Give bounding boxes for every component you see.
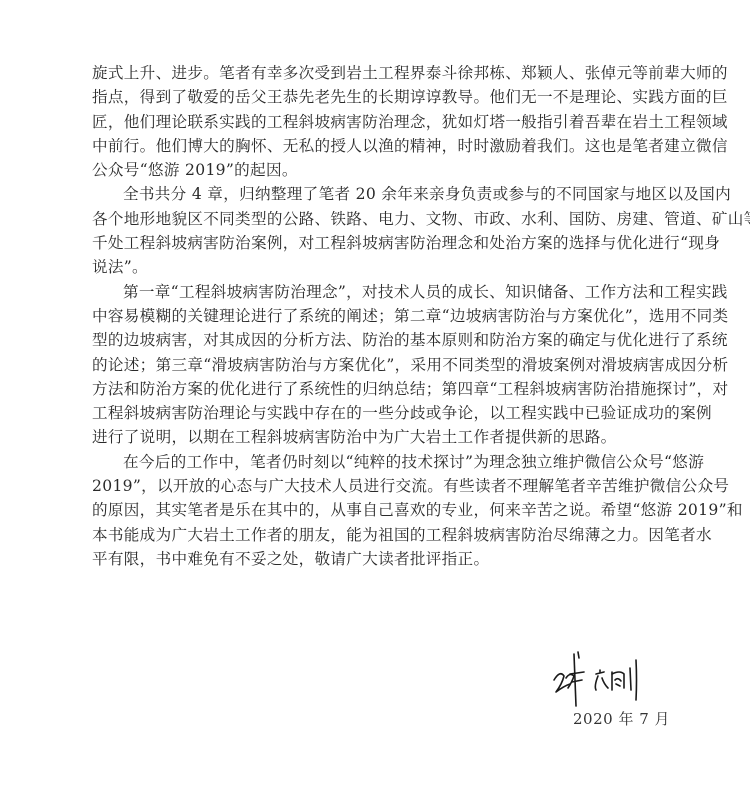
text-line: 工程斜坡病害防治理论与实践中存在的一些分歧或争论，以工程实践中已验证成功的案例: [92, 401, 670, 425]
paragraph: 在今后的工作中，笔者仍时刻以“纯粹的技术探讨”为理念独立维护微信公众号“悠游 2…: [92, 450, 670, 571]
text-line: 指点，得到了敬爱的岳父王恭先老先生的长期谆谆教导。他们无一不是理论、实践方面的巨: [92, 85, 670, 109]
text-line: 本书能成为广大岩土工作者的朋友，能为祖国的工程斜坡病害防治尽绵薄之力。因笔者水: [92, 523, 670, 547]
text-line: 中容易模糊的关键理论进行了系统的阐述；第二章“边坡病害防治与方案优化”，选用不同…: [92, 304, 670, 328]
text-line: 旋式上升、进步。笔者有幸多次受到岩土工程界泰斗徐邦栋、郑颖人、张倬元等前辈大师的: [92, 61, 670, 85]
text-line: 说法”。: [92, 255, 670, 279]
signature-icon: [552, 650, 672, 710]
text-line: 进行了说明，以期在工程斜坡病害防治中为广大岩土工作者提供新的思路。: [92, 425, 670, 449]
text-line: 的原因，其实笔者是乐在其中的，从事自己喜欢的专业，何来辛苦之说。希望“悠游 20…: [92, 498, 670, 522]
date-line: 2020 年 7 月: [573, 708, 670, 729]
text-line: 型的边坡病害，对其成因的分析方法、防治的基本原则和防治方案的确定与优化进行了系统: [92, 328, 670, 352]
text-line: 公众号“悠游 2019”的起因。: [92, 158, 670, 182]
paragraph: 旋式上升、进步。笔者有幸多次受到岩土工程界泰斗徐邦栋、郑颖人、张倬元等前辈大师的…: [92, 61, 670, 182]
text-line: 在今后的工作中，笔者仍时刻以“纯粹的技术探讨”为理念独立维护微信公众号“悠游: [92, 450, 670, 474]
text-line: 千处工程斜坡病害防治案例，对工程斜坡病害防治理念和处治方案的选择与优化进行“现身: [92, 231, 670, 255]
text-line: 各个地形地貌区不同类型的公路、铁路、电力、文物、市政、水利、国防、房建、管道、矿…: [92, 207, 670, 231]
paragraph: 全书共分 4 章，归纳整理了笔者 20 余年来亲身负责或参与的不同国家与地区以及…: [92, 182, 670, 279]
text-line: 2019”，以开放的心态与广大技术人员进行交流。有些读者不理解笔者辛苦维护微信公…: [92, 474, 670, 498]
document-body: 旋式上升、进步。笔者有幸多次受到岩土工程界泰斗徐邦栋、郑颖人、张倬元等前辈大师的…: [92, 61, 670, 571]
text-line: 匠，他们理论联系实践的工程斜坡病害防治理念，犹如灯塔一般指引着吾辈在岩土工程领域: [92, 110, 670, 134]
text-line: 的论述；第三章“滑坡病害防治与方案优化”，采用不同类型的滑坡案例对滑坡病害成因分…: [92, 353, 670, 377]
text-line: 全书共分 4 章，归纳整理了笔者 20 余年来亲身负责或参与的不同国家与地区以及…: [92, 182, 670, 206]
text-line: 第一章“工程斜坡病害防治理念”，对技术人员的成长、知识储备、工作方法和工程实践: [92, 280, 670, 304]
paragraph: 第一章“工程斜坡病害防治理念”，对技术人员的成长、知识储备、工作方法和工程实践 …: [92, 280, 670, 450]
text-line: 中前行。他们博大的胸怀、无私的授人以渔的精神，时时激励着我们。这也是笔者建立微信: [92, 134, 670, 158]
text-line: 方法和防治方案的优化进行了系统性的归纳总结；第四章“工程斜坡病害防治措施探讨”，…: [92, 377, 670, 401]
text-line: 平有限，书中难免有不妥之处，敬请广大读者批评指正。: [92, 547, 670, 571]
